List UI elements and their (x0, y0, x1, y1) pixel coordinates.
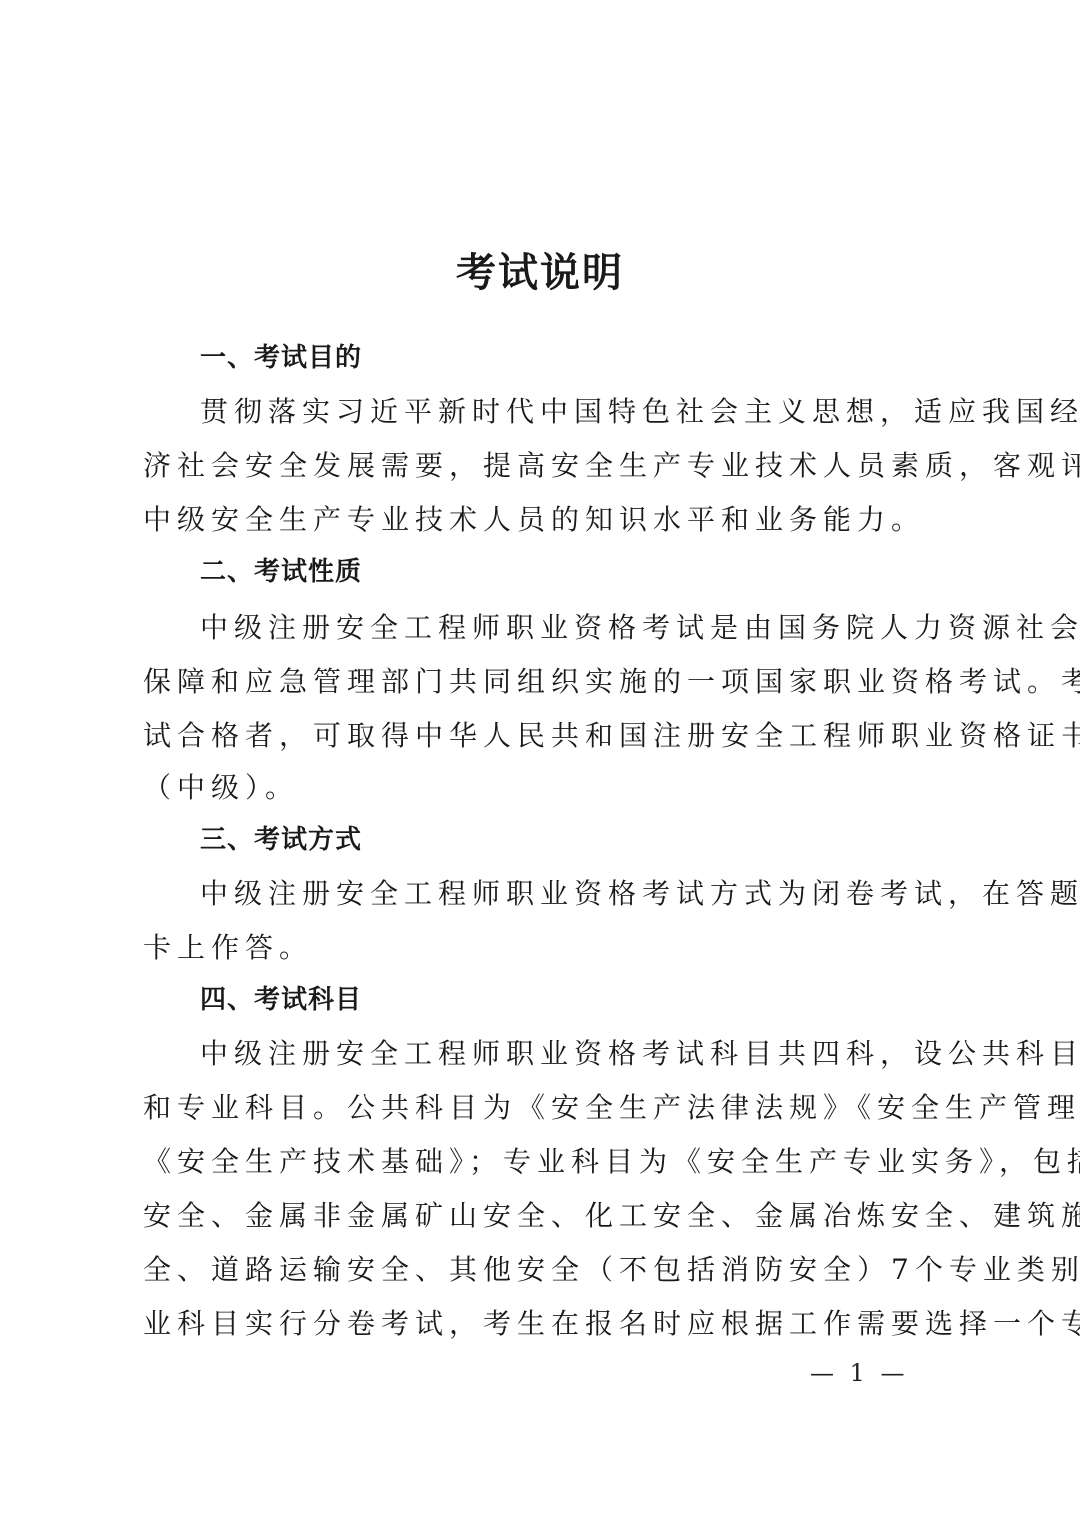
paragraph-line: 保障和应急管理部门共同组织实施的一项国家职业资格考试。考 (143, 664, 1080, 700)
section-heading-purpose: 一、考试目的 (200, 340, 362, 376)
paragraph-line: 业科目实行分卷考试，考生在报名时应根据工作需要选择一个专 (143, 1306, 1080, 1342)
page-number: — 1 — (810, 1358, 909, 1388)
paragraph-line: 《安全生产技术基础》；专业科目为《安全生产专业实务》，包括煤矿 (143, 1144, 1080, 1180)
document-page: 考试说明 一、考试目的 贯彻落实习近平新时代中国特色社会主义思想，适应我国经 济… (0, 0, 1080, 1527)
paragraph-line: 安全、金属非金属矿山安全、化工安全、金属冶炼安全、建筑施工安 (143, 1198, 1080, 1234)
section-heading-method: 三、考试方式 (200, 822, 362, 858)
document-title: 考试说明 (0, 248, 1080, 298)
section-heading-nature: 二、考试性质 (200, 554, 362, 590)
paragraph-line: 济社会安全发展需要，提高安全生产专业技术人员素质，客观评价 (143, 448, 1080, 484)
paragraph-line: 贯彻落实习近平新时代中国特色社会主义思想，适应我国经 (200, 394, 1080, 430)
section-heading-subjects: 四、考试科目 (200, 982, 362, 1018)
paragraph-line: 全、道路运输安全、其他安全（不包括消防安全）7个专业类别。专 (143, 1252, 1080, 1288)
paragraph-line: 中级注册安全工程师职业资格考试是由国务院人力资源社会 (200, 610, 1080, 646)
paragraph-line: 中级注册安全工程师职业资格考试科目共四科，设公共科目 (200, 1036, 1080, 1072)
paragraph-line: （中级）。 (143, 770, 299, 806)
paragraph-line: 卡上作答。 (143, 930, 313, 966)
paragraph-line: 和专业科目。公共科目为《安全生产法律法规》《安全生产管理》 (143, 1090, 1080, 1126)
paragraph-line: 试合格者，可取得中华人民共和国注册安全工程师职业资格证书 (143, 718, 1080, 754)
paragraph-line: 中级注册安全工程师职业资格考试方式为闭卷考试，在答题 (200, 876, 1080, 912)
paragraph-line: 中级安全生产专业技术人员的知识水平和业务能力。 (143, 502, 925, 538)
